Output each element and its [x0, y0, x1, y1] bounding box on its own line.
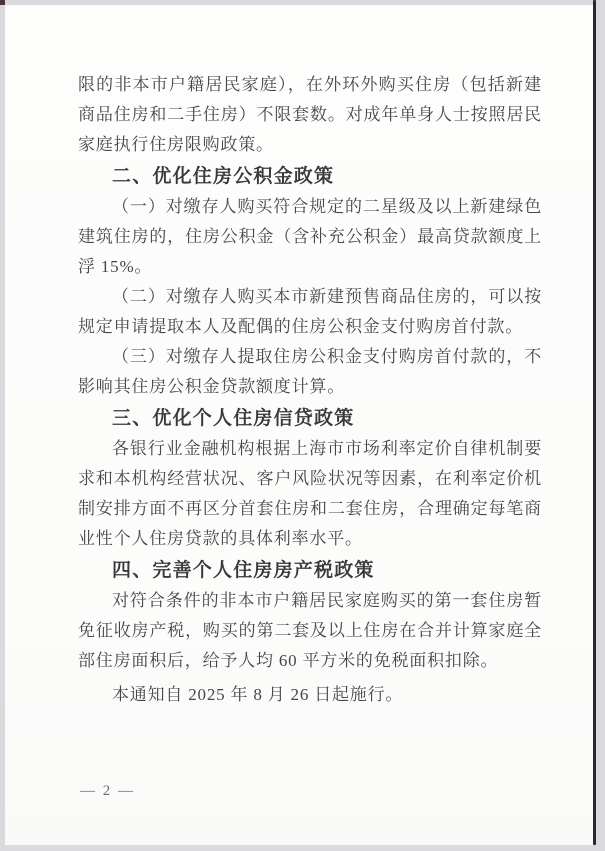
scanned-document: 限的非本市户籍居民家庭），在外环外购买住房（包括新建商品住房和二手住房）不限套数… [0, 0, 605, 851]
paragraph-item-2-presale-withdrawal: （二）对缴存人购买本市新建预售商品住房的，可以按规定申请提取本人及配偶的住房公积… [78, 282, 542, 342]
scan-corner-artifact [0, 0, 5, 5]
paragraph-item-1-green-building: （一）对缴存人购买符合规定的二星级及以上新建绿色建筑住房的，住房公积金（含补充公… [78, 192, 542, 282]
document-page: 限的非本市户籍居民家庭），在外环外购买住房（包括新建商品住房和二手住房）不限套数… [5, 5, 593, 845]
section-heading-3-credit-policy: 三、优化个人住房信贷政策 [78, 404, 542, 434]
section-heading-2-provident-fund: 二、优化住房公积金政策 [78, 162, 542, 192]
section-heading-4-property-tax: 四、完善个人住房房产税政策 [78, 556, 542, 586]
paragraph-item-3-downpayment-withdrawal: （三）对缴存人提取住房公积金支付购房首付款的，不影响其住房公积金贷款额度计算。 [78, 342, 542, 402]
paragraph-credit-policy: 各银行业金融机构根据上海市市场利率定价自律机制要求和本机构经营状况、客户风险状况… [78, 434, 542, 554]
page-number: — 2 — [80, 783, 135, 800]
document-body: 限的非本市户籍居民家庭），在外环外购买住房（包括新建商品住房和二手住房）不限套数… [78, 70, 542, 710]
scan-page-edge-shadow [593, 0, 596, 845]
paragraph-effective-date: 本通知自 2025 年 8 月 26 日起施行。 [78, 680, 542, 710]
paragraph-continuation: 限的非本市户籍居民家庭），在外环外购买住房（包括新建商品住房和二手住房）不限套数… [78, 70, 542, 160]
paragraph-property-tax: 对符合条件的非本市户籍居民家庭购买的第一套住房暂免征收房产税，购买的第二套及以上… [78, 586, 542, 676]
